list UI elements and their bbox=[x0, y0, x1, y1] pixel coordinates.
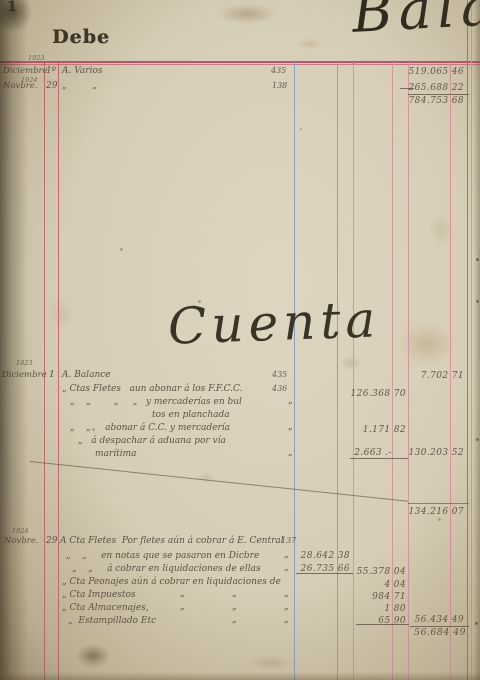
closing-diagonal bbox=[30, 461, 408, 502]
paper-stain bbox=[205, 0, 290, 28]
entry-month: Novbre. bbox=[4, 536, 39, 546]
entry-description: „ „ á cobrar en liquidaciones de ellas bbox=[72, 564, 261, 574]
paper-stain bbox=[192, 470, 220, 486]
page-number: 1 bbox=[7, 2, 18, 12]
amount-sub1-col: 28.642 38 bbox=[290, 551, 350, 561]
amount-sub-col: 126.368 70 bbox=[344, 389, 406, 399]
entry-description: A. Balance bbox=[62, 370, 111, 380]
ditto-mark: „ bbox=[180, 589, 185, 599]
amount-total-col: 130.203 52 bbox=[394, 448, 464, 458]
entry-description: „ „ bbox=[62, 81, 97, 91]
amount-total-col: 56.434 49 bbox=[394, 615, 464, 625]
sum-rule bbox=[350, 458, 408, 459]
amount-sub-col: 984 71 bbox=[344, 592, 406, 602]
column-rule-blue bbox=[294, 62, 295, 680]
year-label: 1923 bbox=[28, 53, 45, 63]
entry-description: „ „ „ „ y mercaderías en bul bbox=[70, 397, 242, 407]
entry-description: „ á despachar á aduana por vía bbox=[78, 436, 226, 446]
column-rule-pink bbox=[467, 0, 468, 680]
ditto-mark: „ bbox=[284, 602, 289, 612]
entry-year-superscript: 1924 bbox=[21, 75, 38, 85]
ditto-mark: „ bbox=[232, 602, 237, 612]
entry-description: A Cta Fletes Por fletes aún á cobrar á E… bbox=[60, 536, 284, 546]
amount-sub-col: 4 04 bbox=[344, 580, 406, 590]
sum-rule bbox=[408, 503, 469, 504]
ditto-mark: „ bbox=[288, 448, 293, 458]
page-bottom-edge bbox=[0, 672, 480, 680]
folio-number: 137 bbox=[281, 536, 296, 546]
page-right-edge bbox=[473, 0, 480, 680]
ditto-mark: „ bbox=[288, 422, 293, 432]
entry-day: 29 bbox=[46, 81, 57, 91]
ledger-page: 1 Debe Bala Cuenta 1923 Diciembre 1º A. … bbox=[0, 0, 480, 680]
paper-stain bbox=[238, 652, 304, 674]
cuenta-heading: Cuenta bbox=[168, 314, 380, 331]
paper-stain bbox=[70, 640, 116, 672]
amount-sub-col: 2.663 .- bbox=[330, 448, 392, 458]
entry-description: „ „ en notas que se pasaron en Dicbre bbox=[66, 551, 259, 561]
paper-speck bbox=[438, 518, 441, 521]
paper-speck bbox=[120, 248, 123, 251]
paper-stain bbox=[44, 292, 78, 338]
column-rule-blue bbox=[337, 62, 338, 680]
folio-number: 138 bbox=[272, 81, 287, 91]
amount-sub-col: 55.378 04 bbox=[344, 567, 406, 577]
column-rule-red bbox=[58, 62, 59, 680]
ditto-mark: „ bbox=[284, 589, 289, 599]
paper-speck bbox=[300, 128, 302, 130]
ditto-mark: „ bbox=[232, 615, 237, 625]
paper-speck bbox=[352, 62, 355, 65]
folio-number: 435 bbox=[271, 66, 286, 76]
amount-total-col: 7.702 71 bbox=[394, 371, 464, 381]
entry-day: 1º bbox=[46, 66, 56, 76]
page-edge-mark bbox=[476, 300, 479, 303]
column-rule-pink bbox=[471, 0, 472, 680]
entry-description: „ Cta Impuestos bbox=[62, 590, 136, 600]
ditto-mark: „ bbox=[284, 550, 289, 560]
entry-description: „ Cta Almacenajes, bbox=[62, 603, 149, 613]
debit-header: Debe bbox=[52, 32, 110, 42]
paper-stain bbox=[388, 314, 466, 374]
paper-stain bbox=[424, 206, 458, 252]
ditto-mark: „ bbox=[232, 589, 237, 599]
folio-number: 436 bbox=[272, 384, 287, 394]
carry-amount: 134.216 07 bbox=[394, 507, 464, 517]
binding-gutter-shadow bbox=[0, 0, 28, 680]
paper-stain bbox=[0, 0, 38, 38]
year-label: 1924 bbox=[12, 526, 29, 536]
amount-sub-col: 1.171 82 bbox=[344, 425, 406, 435]
page-edge-mark bbox=[476, 438, 479, 441]
entry-month: Diciembre bbox=[2, 370, 47, 380]
page-edge-mark bbox=[475, 622, 478, 625]
entry-description: marítima bbox=[95, 449, 136, 459]
entry-description: „ Cta Peonajes aún á cobrar en liquidaci… bbox=[62, 577, 281, 587]
paper-stain bbox=[336, 352, 366, 374]
grand-total-amount: 56.684 49 bbox=[396, 628, 466, 638]
entry-description: tos en planchada bbox=[152, 410, 230, 420]
ditto-mark: „ bbox=[180, 602, 185, 612]
entry-day: 29 bbox=[46, 536, 57, 546]
year-label: 1923 bbox=[16, 358, 33, 368]
amount-total-col: 519.065 46 bbox=[394, 67, 464, 77]
entry-description: „ Ctas Fletes aun abonar á los F.F.C.C. bbox=[62, 384, 242, 394]
entry-description: „ Estampillado Etc bbox=[68, 616, 156, 626]
entry-description: A. Varios bbox=[62, 66, 102, 76]
folio-number: 435 bbox=[272, 370, 287, 380]
balance-running-title: Bala bbox=[352, 0, 480, 18]
ditto-mark: „ bbox=[284, 563, 289, 573]
entry-description: „ „ abonar á C.C. y mercadería bbox=[70, 423, 230, 433]
ditto-mark: „ bbox=[288, 396, 293, 406]
entry-day: 1 bbox=[49, 370, 55, 380]
header-rule bbox=[0, 64, 480, 65]
ditto-mark: „ bbox=[284, 615, 289, 625]
header-rule bbox=[0, 61, 480, 63]
amount-sub-col: 1 80 bbox=[344, 604, 406, 614]
total-amount: 784.753 68 bbox=[394, 96, 464, 106]
amount-total-col: 265.688 22 bbox=[394, 83, 464, 93]
amount-sub1-col: 26.735 66 bbox=[290, 564, 350, 574]
page-edge-mark bbox=[476, 258, 479, 261]
paper-stain bbox=[292, 36, 328, 52]
sum-rule bbox=[408, 94, 469, 95]
